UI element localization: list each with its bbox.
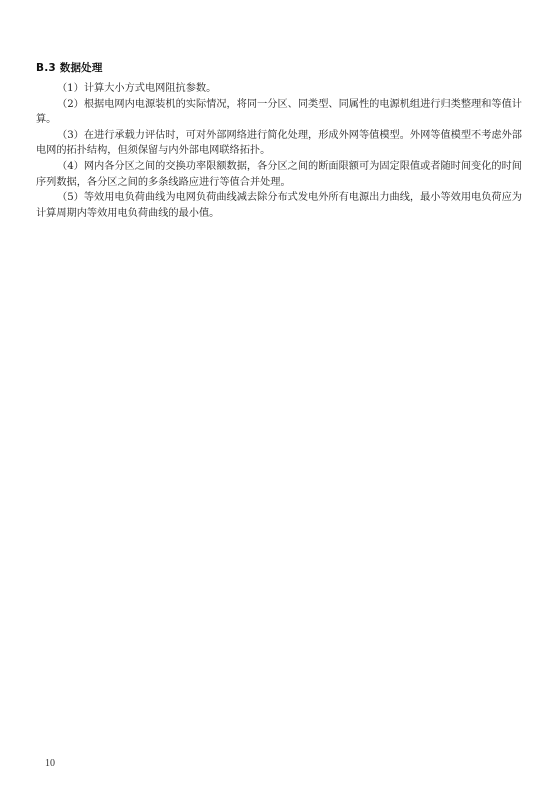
paragraph-1: （1）计算大小方式电网阻抗参数。 bbox=[36, 81, 522, 97]
paragraph-2: （2）根据电网内电源装机的实际情况，将同一分区、同类型、同属性的电源机组进行归类… bbox=[36, 97, 522, 128]
paragraph-5: （5）等效用电负荷曲线为电网负荷曲线减去除分布式发电外所有电源出力曲线，最小等效… bbox=[36, 190, 522, 221]
section-heading: B.3 数据处理 bbox=[36, 61, 103, 75]
body-text: （1）计算大小方式电网阻抗参数。 （2）根据电网内电源装机的实际情况，将同一分区… bbox=[36, 81, 522, 221]
paragraph-4: （4）网内各分区之间的交换功率限额数据，各分区之间的断面限额可为固定限值或者随时… bbox=[36, 159, 522, 190]
page-number: 10 bbox=[45, 758, 55, 769]
paragraph-3: （3）在进行承载力评估时，可对外部网络进行简化处理，形成外网等值模型。外网等值模… bbox=[36, 128, 522, 159]
document-page: B.3 数据处理 （1）计算大小方式电网阻抗参数。 （2）根据电网内电源装机的实… bbox=[0, 0, 560, 786]
